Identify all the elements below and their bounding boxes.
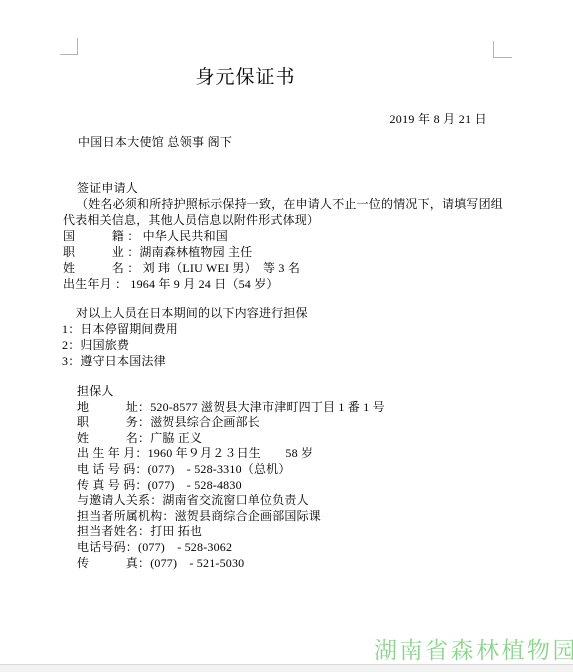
guarantor-position-line: 职 务：滋贺县综合企画部长 [77,415,385,431]
watermark-text: 湖南省森林植物园 [374,632,573,665]
staff-name-line: 担当者姓名：打田 拓也 [77,524,385,540]
page-title: 身元保证书 [0,62,491,89]
guarantee-item-1: 1：日本停留期间费用 [62,321,308,337]
applicant-section-heading: 签证申请人 [63,180,503,196]
guarantee-item-3: 3：遵守日本国法律 [62,353,308,369]
guarantor-name-line: 姓 名：广脇 正义 [77,431,385,447]
page-bottom-strip [0,665,573,672]
guarantor-section-heading: 担保人 [77,384,385,400]
guarantor-phone-line: 电 话 号 码：(077) - 528-3310（总机） [77,462,385,478]
guarantee-item-2: 2：归国旅费 [62,337,308,353]
applicant-section: 签证申请人 （姓名必须和所持护照标示保持一致，在申请人不止一位的情况下，请填写团… [63,180,503,292]
staff-department-line: 担当者所属机构：滋贺县商综合企画部国际课 [77,509,385,525]
staff-phone-line: 电话号码：(077) - 528-3062 [77,540,385,556]
guarantor-fax-line: 传 真 号 码：(077) - 528-4830 [77,478,385,494]
text-boundary-mark-top-left [60,38,78,55]
applicant-nationality-line: 国 籍 ： 中华人民共和国 [63,228,503,244]
document-date: 2019 年 8 月 21 日 [0,110,487,127]
applicant-birthdate-line: 出生年月 ： 1964 年 9 月 24 日（54 岁） [63,276,503,292]
guarantor-address-line: 地 址：520-8577 滋贺县大津市津町四丁目 1 番 1 号 [77,400,385,416]
document-page: 身元保证书 2019 年 8 月 21 日 中国日本大使馆 总领事 阁下 签证申… [0,0,573,672]
staff-fax-line: 传 真：(077) - 521-5030 [77,556,385,572]
recipient-line: 中国日本大使馆 总领事 阁下 [78,133,232,150]
applicant-note-line-1: （姓名必须和所持护照标示保持一致，在申请人不止一位的情况下，请填写团组 [63,196,503,212]
guarantee-section: 对以上人员在日本期间的以下内容进行担保 1：日本停留期间费用 2：归国旅费 3：… [62,305,308,369]
guarantor-section: 担保人 地 址：520-8577 滋贺县大津市津町四丁目 1 番 1 号 职 务… [77,384,385,571]
guarantee-intro-line: 对以上人员在日本期间的以下内容进行担保 [62,305,308,321]
applicant-occupation-line: 职 业 ：湖南森林植物园 主任 [63,244,503,260]
applicant-note-line-2: 代表相关信息，其他人员信息以附件形式体现） [63,212,503,228]
guarantor-relation-line: 与邀请人关系：湖南省交流窗口单位负责人 [77,493,385,509]
text-boundary-mark-top-right [493,41,512,58]
applicant-name-line: 姓 名 ： 刘 玮（LIU WEI 男） 等 3 名 [63,260,503,276]
guarantor-birthdate-line: 出 生 年 月：1960 年９月２３日生 58 岁 [77,446,385,462]
